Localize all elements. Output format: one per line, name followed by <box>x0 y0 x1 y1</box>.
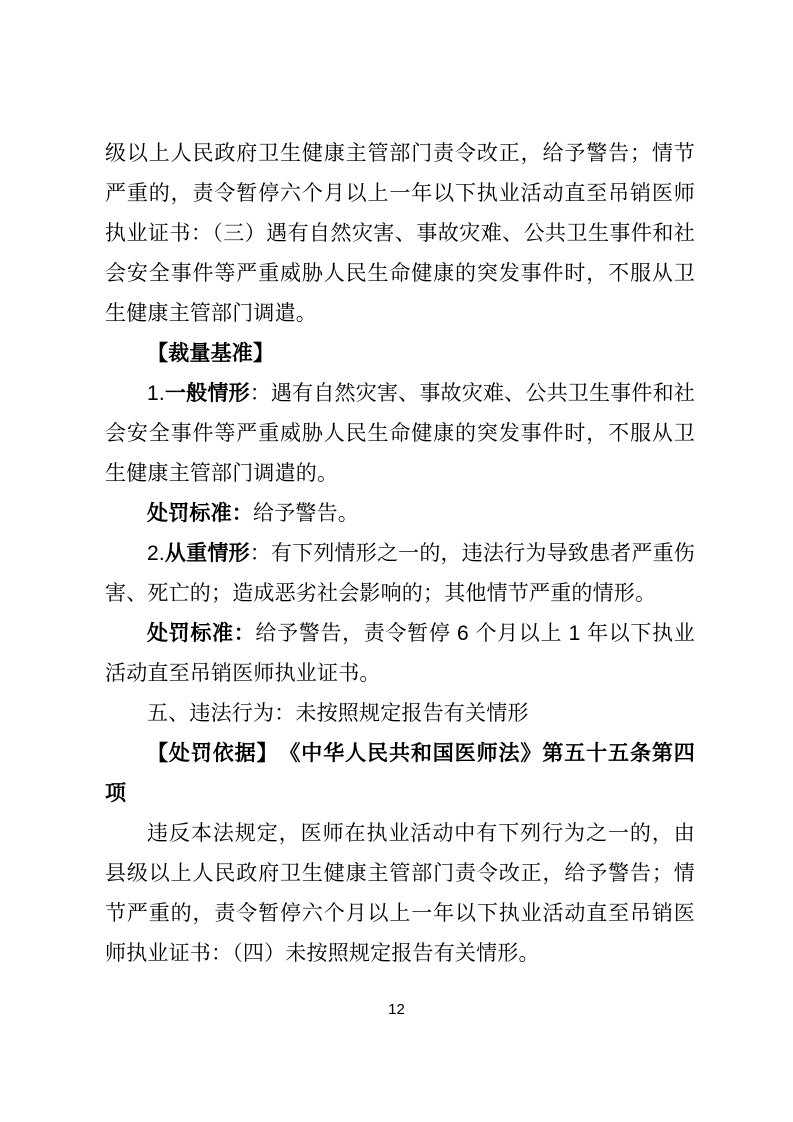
bold-text-run: 处罚标准： <box>147 622 255 645</box>
para-continued-from-previous-page: 级以上人民政府卫生健康主管部门责令改正，给予警告；情节严重的，责令暂停六个月以上… <box>105 134 695 334</box>
bold-text-run: 【裁量基准】 <box>147 342 274 365</box>
document-body: 级以上人民政府卫生健康主管部门责令改正，给予警告；情节严重的，责令暂停六个月以上… <box>105 134 695 974</box>
page-number: 12 <box>0 1000 793 1020</box>
heading-discretion-benchmark: 【裁量基准】 <box>105 334 695 374</box>
para-penalty-standard-general: 处罚标准：给予警告。 <box>105 494 695 534</box>
text-run: 1. <box>147 382 165 405</box>
text-run: 五、违法行为：未按照规定报告有关情形 <box>147 702 529 725</box>
text-run: 违反本法规定，医师在执业活动中有下列行为之一的，由县级以上人民政府卫生健康主管部… <box>105 822 695 965</box>
text-run: 2. <box>147 542 165 565</box>
para-penalty-standard-aggravated: 处罚标准：给予警告，责令暂停 6 个月以上 1 年以下执业活动直至吊销医师执业证… <box>105 614 695 694</box>
bold-text-run: 【处罚依据】 《中华人民共和国医师法》第五十五条第四项 <box>105 742 695 805</box>
para-aggravated-circumstance: 2.从重情形：有下列情形之一的，违法行为导致患者严重伤害、死亡的；造成恶劣社会影… <box>105 534 695 614</box>
para-violation-item-five: 五、违法行为：未按照规定报告有关情形 <box>105 694 695 734</box>
heading-penalty-basis: 【处罚依据】 《中华人民共和国医师法》第五十五条第四项 <box>105 734 695 814</box>
para-law-citation: 违反本法规定，医师在执业活动中有下列行为之一的，由县级以上人民政府卫生健康主管部… <box>105 814 695 974</box>
document-page: 级以上人民政府卫生健康主管部门责令改正，给予警告；情节严重的，责令暂停六个月以上… <box>0 0 793 1122</box>
text-run: 给予警告。 <box>253 502 359 525</box>
para-general-circumstance: 1.一般情形：遇有自然灾害、事故灾难、公共卫生事件和社会安全事件等严重威胁人民生… <box>105 374 695 494</box>
text-run: 级以上人民政府卫生健康主管部门责令改正，给予警告；情节严重的，责令暂停六个月以上… <box>105 142 695 325</box>
bold-text-run: 处罚标准： <box>147 502 253 525</box>
bold-text-run: 从重情形 <box>165 542 250 565</box>
bold-text-run: 一般情形 <box>165 382 250 405</box>
